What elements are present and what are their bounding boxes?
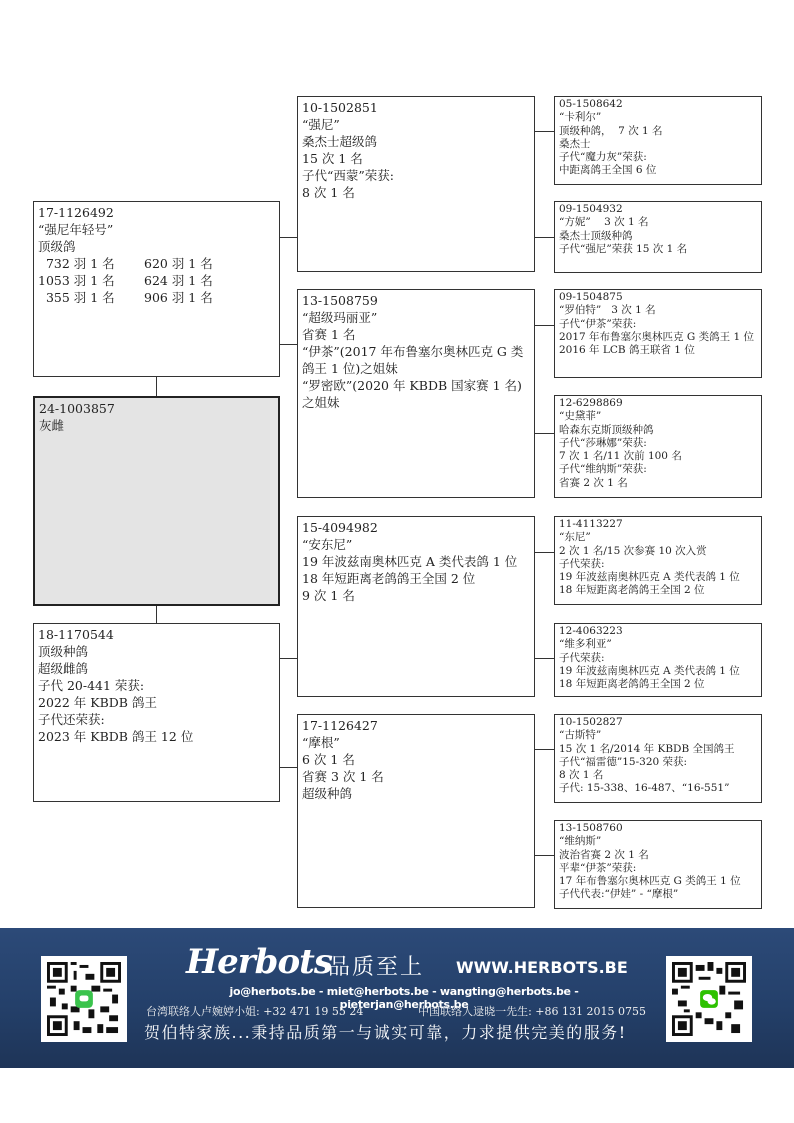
dam-dam-card: 17-1126427 “摩根” 6 次 1 名 省赛 3 次 1 名 超级种鸽 (297, 714, 535, 908)
ss-dam-card: 09-1504932 “方妮” 3 次 1 名 桑杰士顶级种鸽 子代“强尼”荣获… (554, 201, 762, 273)
description: 17 年布鲁塞尔奥林匹克 G 类鸽王 1 位 (559, 875, 757, 888)
contact-taiwan: 台湾联络人卢婉婷小姐: +32 471 19 55 24 (146, 1003, 363, 1019)
contact-china: 中国联络人逯晓一先生: +86 131 2015 0755 (418, 1003, 646, 1019)
description: 18 年短距离老鸽鸽王全国 2 位 (302, 570, 530, 587)
pigeon-name: “维多利亚” (559, 638, 757, 651)
description: 19 年波兹南奥林匹克 A 类代表鸽 1 位 (559, 571, 757, 584)
description: 顶级种鸽 (38, 643, 275, 660)
sd-sire-card: 09-1504875 “罗伯特” 3 次 1 名 子代“伊茶”荣获: 2017 … (554, 289, 762, 378)
description: 子代还荣获: (38, 711, 275, 728)
result: 624 羽 1 名 (144, 272, 254, 289)
description: 2022 年 KBDB 鸽王 (38, 694, 275, 711)
dam-card: 18-1170544 顶级种鸽 超级雌鸽 子代 20-441 荣获: 2022 … (33, 623, 280, 802)
pigeon-name: “强尼年轻号” (38, 221, 275, 238)
description: 超级种鸽 (302, 785, 530, 802)
description: 2023 年 KBDB 鸽王 12 位 (38, 728, 275, 745)
result: 355 羽 1 名 (38, 289, 144, 306)
description: 子代“西蒙”荣获: (302, 167, 530, 184)
description: 6 次 1 名 (302, 751, 530, 768)
description: 子代“伊茶”荣获: (559, 318, 757, 331)
description: 子代“莎琳娜”荣获: (559, 437, 757, 450)
ring-number: 09-1504875 (559, 291, 757, 304)
ring-number: 12-4063223 (559, 625, 757, 638)
pigeon-name: “超级玛丽亚” (302, 309, 530, 326)
qr-code-icon (47, 962, 121, 1036)
pigeon-name: “东尼” (559, 531, 757, 544)
connector (280, 767, 298, 768)
result: 620 羽 1 名 (144, 255, 254, 272)
wechat-qr-code[interactable] (666, 956, 752, 1042)
herbots-logo: Herbots (186, 942, 332, 982)
description: 子代“福雷德”15-320 荣获: (559, 756, 757, 769)
connector (535, 855, 554, 856)
ring-number: 05-1508642 (559, 98, 757, 111)
description: 子代代表:“伊娃” - “摩根” (559, 888, 757, 901)
connector (535, 433, 554, 434)
ring-number: 15-4094982 (302, 519, 530, 536)
description: 子代荣获: (559, 652, 757, 665)
sire-card: 17-1126492 “强尼年轻号” 顶级鸽 732 羽 1 名 620 羽 1… (33, 201, 280, 377)
description: 7 次 1 名/11 次前 100 名 (559, 450, 757, 463)
connector (156, 606, 157, 624)
ring-number: 10-1502851 (302, 99, 530, 116)
description: 超级雌鸽 (38, 660, 275, 677)
pigeon-name: “安东尼” (302, 536, 530, 553)
description: 中距离鸽王全国 6 位 (559, 164, 757, 177)
description: 省赛 2 次 1 名 (559, 477, 757, 490)
ds-dam-card: 12-4063223 “维多利亚” 子代荣获: 19 年波兹南奥林匹克 A 类代… (554, 623, 762, 697)
description: 哈森东克斯顶级种鸽 (559, 424, 757, 437)
pigeon-name: “卡利尔” (559, 111, 757, 124)
dd-sire-card: 10-1502827 “古斯特” 15 次 1 名/2014 年 KBDB 全国… (554, 714, 762, 803)
result: 1053 羽 1 名 (38, 272, 144, 289)
sire-sire-card: 10-1502851 “强尼” 桑杰士超级鸽 15 次 1 名 子代“西蒙”荣获… (297, 96, 535, 272)
pigeon-name: 灰雌 (39, 417, 274, 434)
description: 19 年波兹南奥林匹克 A 类代表鸽 1 位 (559, 665, 757, 678)
description: 省赛 3 次 1 名 (302, 768, 530, 785)
connector (535, 658, 554, 659)
ring-number: 17-1126427 (302, 717, 530, 734)
contacts-row: 台湾联络人卢婉婷小姐: +32 471 19 55 24 中国联络人逯晓一先生:… (146, 1003, 646, 1019)
dam-sire-card: 15-4094982 “安东尼” 19 年波兹南奥林匹克 A 类代表鸽 1 位 … (297, 516, 535, 697)
subject-card: 24-1003857 灰雌 (33, 396, 280, 606)
pigeon-name: “强尼” (302, 116, 530, 133)
description: 省赛 1 名 (302, 326, 530, 343)
ring-number: 12-6298869 (559, 397, 757, 410)
results-grid: 732 羽 1 名 620 羽 1 名 1053 羽 1 名 624 羽 1 名… (38, 255, 275, 306)
pigeon-name: “维纳斯” (559, 835, 757, 848)
description: 15 次 1 名/2014 年 KBDB 全国鸽王 (559, 743, 757, 756)
ring-number: 10-1502827 (559, 716, 757, 729)
description: 顶级种鸽， 7 次 1 名 (559, 125, 757, 138)
description: 子代“魔力灰”荣获: (559, 151, 757, 164)
ring-number: 11-4113227 (559, 518, 757, 531)
description: 桑杰士超级鸽 (302, 133, 530, 150)
pigeon-name: “罗伯特” 3 次 1 名 (559, 304, 757, 317)
description: 桑杰士顶级种鸽 (559, 230, 757, 243)
description: 桑杰士 (559, 138, 757, 151)
dd-dam-card: 13-1508760 “维纳斯” 波治省赛 2 次 1 名 平辈“伊茶”荣获: … (554, 820, 762, 909)
description: 子代: 15-338、16-487、“16-551” (559, 782, 757, 795)
pigeon-name: “史黛菲” (559, 410, 757, 423)
connector (280, 658, 298, 659)
connector (535, 325, 554, 326)
description: 19 年波兹南奥林匹克 A 类代表鸽 1 位 (302, 553, 530, 570)
description: 2016 年 LCB 鸽王联省 1 位 (559, 344, 757, 357)
slogan: 品质至上 (328, 950, 424, 981)
ss-sire-card: 05-1508642 “卡利尔” 顶级种鸽， 7 次 1 名 桑杰士 子代“魔力… (554, 96, 762, 185)
result: 732 羽 1 名 (38, 255, 144, 272)
description: 8 次 1 名 (302, 184, 530, 201)
description: 子代 20-441 荣获: (38, 677, 275, 694)
ring-number: 13-1508760 (559, 822, 757, 835)
qr-code-icon (672, 962, 746, 1036)
ring-number: 18-1170544 (38, 626, 275, 643)
description: 波治省赛 2 次 1 名 (559, 849, 757, 862)
description: 9 次 1 名 (302, 587, 530, 604)
pigeon-name: “摩根” (302, 734, 530, 751)
description: 子代“强尼”荣获 15 次 1 名 (559, 243, 757, 256)
pigeon-name: “古斯特” (559, 729, 757, 742)
pigeon-name: “方妮” 3 次 1 名 (559, 216, 757, 229)
description: 18 年短距离老鸽鸽王全国 2 位 (559, 584, 757, 597)
sd-dam-card: 12-6298869 “史黛菲” 哈森东克斯顶级种鸽 子代“莎琳娜”荣获: 7 … (554, 395, 762, 498)
connector (535, 749, 554, 750)
connector (280, 344, 298, 345)
connector (156, 377, 157, 396)
description: 2017 年布鲁塞尔奥林匹克 G 类鸽王 1 位 (559, 331, 757, 344)
description: “伊茶”(2017 年布鲁塞尔奥林匹克 G 类鸽王 1 位)之姐妹 (302, 343, 530, 377)
connector (535, 131, 554, 132)
ring-number: 13-1508759 (302, 292, 530, 309)
ring-number: 24-1003857 (39, 400, 274, 417)
connector (280, 237, 298, 238)
ring-number: 17-1126492 (38, 204, 275, 221)
description: 子代荣获: (559, 558, 757, 571)
description: 顶级鸽 (38, 238, 275, 255)
line-qr-code[interactable] (41, 956, 127, 1042)
description: 18 年短距离老鸽鸽王全国 2 位 (559, 678, 757, 691)
tagline: 贺伯特家族...秉持品质第一与诚实可靠，力求提供完美的服务! (144, 1020, 654, 1043)
description: 2 次 1 名/15 次参赛 10 次入赏 (559, 545, 757, 558)
connector (535, 237, 554, 238)
sire-dam-card: 13-1508759 “超级玛丽亚” 省赛 1 名 “伊茶”(2017 年布鲁塞… (297, 289, 535, 498)
website-link[interactable]: WWW.HERBOTS.BE (456, 958, 628, 977)
connector (535, 552, 554, 553)
description: 8 次 1 名 (559, 769, 757, 782)
description: 子代“维纳斯”荣获: (559, 463, 757, 476)
description: “罗密欧”(2020 年 KBDB 国家赛 1 名)之姐妹 (302, 377, 530, 411)
description: 15 次 1 名 (302, 150, 530, 167)
description: 平辈“伊茶”荣获: (559, 862, 757, 875)
footer-banner: Herbots 品质至上 WWW.HERBOTS.BE jo@herbots.b… (0, 928, 794, 1068)
result: 906 羽 1 名 (144, 289, 254, 306)
ds-sire-card: 11-4113227 “东尼” 2 次 1 名/15 次参赛 10 次入赏 子代… (554, 516, 762, 605)
ring-number: 09-1504932 (559, 203, 757, 216)
